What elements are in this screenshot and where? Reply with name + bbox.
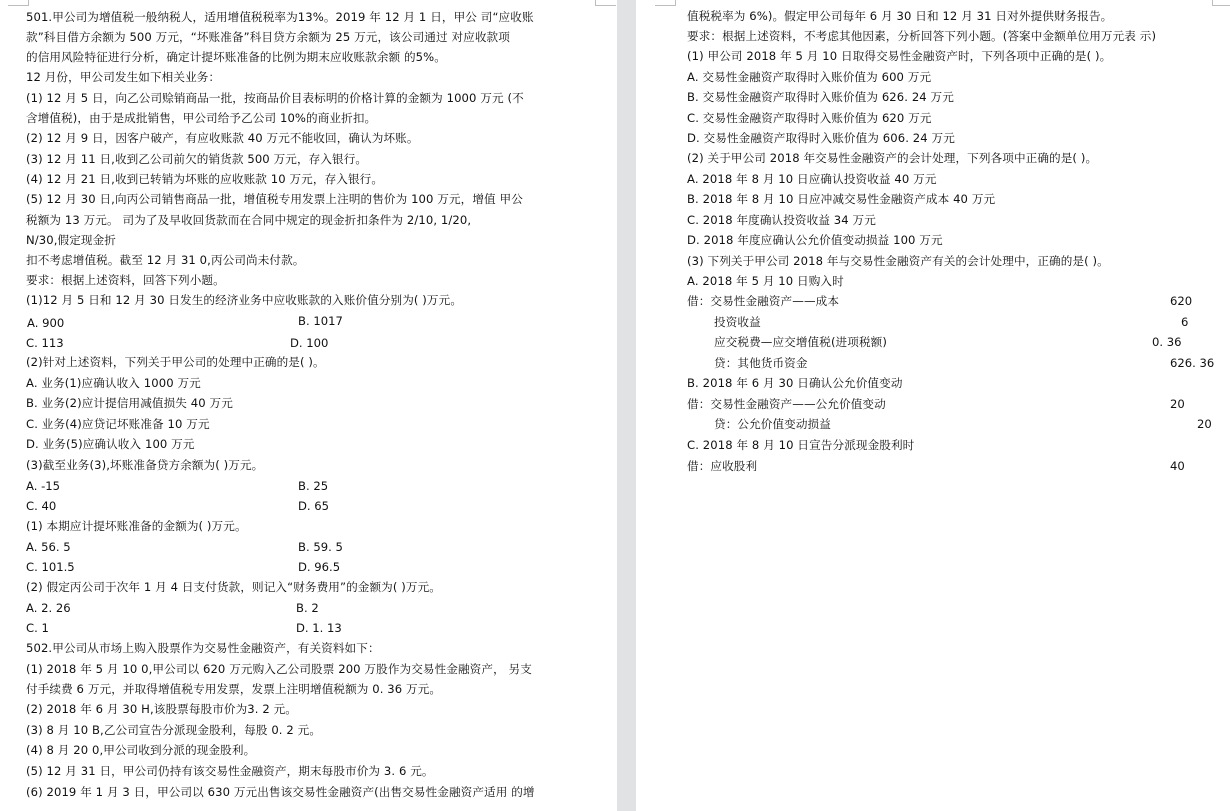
option-b: B. 25 <box>298 476 328 496</box>
option-a: A. 2. 26 <box>26 598 71 618</box>
option-c: C. 业务(4)应贷记坏账准备 10 万元 <box>26 414 210 434</box>
option-a: A. 2018 年 8 月 10 日应确认投资收益 40 万元 <box>687 169 937 189</box>
page-corner-mark <box>8 0 29 6</box>
page-gutter <box>617 0 636 811</box>
text-line: 要求：根据上述资料，回答下列小题。 <box>26 270 225 290</box>
option-b: B. 59. 5 <box>298 537 343 557</box>
journal-entry-amount: 20 <box>1197 414 1212 434</box>
text-line: 要求：根据上述资料，不考虑其他因素，分析回答下列小题。(答案中金额单位用万元表 … <box>687 26 1156 46</box>
text-line: 付手续费 6 万元，并取得增值税专用发票，发票上注明增值税额为 0. 36 万元… <box>26 679 441 699</box>
option-c: C. 101.5 <box>26 557 75 577</box>
question-stem: (1)12 月 5 日和 12 月 30 日发生的经济业务中应收账款的入账价值分… <box>26 290 462 310</box>
journal-entry-amount: 20 <box>1170 394 1185 414</box>
text-line: (6) 2019 年 1 月 3 日，甲公司以 630 万元出售该交易性金融资产… <box>26 782 535 802</box>
option-a: A. 900 <box>27 313 64 333</box>
journal-entry-label: 借：应收股利 <box>687 456 757 476</box>
option-d: D. 65 <box>298 496 329 516</box>
option-c: C. 40 <box>26 496 56 516</box>
journal-entry-label: 借：交易性金融资产——成本 <box>687 291 839 311</box>
text-line: N/30,假定现金折 <box>26 230 116 250</box>
text-line: 款”科目借方余额为 500 万元，“坏账准备”科目贷方余额为 25 万元，该公司… <box>26 27 510 47</box>
option-c: C. 2018 年 8 月 10 日宣告分派现金股利时 <box>687 435 914 455</box>
option-d: D. 业务(5)应确认收入 100 万元 <box>26 434 195 454</box>
page-corner-mark <box>1212 0 1230 6</box>
option-b: B. 2 <box>296 598 319 618</box>
option-c: C. 1 <box>26 618 49 638</box>
page-corner-mark <box>655 0 676 6</box>
question-stem: (2) 关于甲公司 2018 年交易性金融资产的会计处理，下列各项中正确的是( … <box>687 148 1097 168</box>
question-stem: (1) 甲公司 2018 年 5 月 10 日取得交易性金融资产时，下列各项中正… <box>687 46 1111 66</box>
option-b: B. 2018 年 8 月 10 日应冲减交易性金融资产成本 40 万元 <box>687 189 995 209</box>
question-stem: (1) 本期应计提坏账准备的金额为( )万元。 <box>26 516 247 536</box>
option-a: A. -15 <box>26 476 60 496</box>
text-line: 501.甲公司为增值税一般纳税人，适用增值税税率为13%。2019 年 12 月… <box>26 7 534 27</box>
journal-entry-amount: 6 <box>1181 312 1188 332</box>
text-line: (2) 12 月 9 日，因客户破产，有应收账款 40 万元不能收回，确认为坏账… <box>26 128 419 148</box>
question-stem: (2) 假定丙公司于次年 1 月 4 日支付货款，则记入“财务费用”的金额为( … <box>26 577 441 597</box>
question-stem: (3) 下列关于甲公司 2018 年与交易性金融资产有关的会计处理中，正确的是(… <box>687 251 1109 271</box>
journal-entry-amount: 620 <box>1170 291 1192 311</box>
text-line: (1) 12 月 5 日，向乙公司赊销商品一批，按商品价目表标明的价格计算的金额… <box>26 88 524 108</box>
option-b: B. 2018 年 6 月 30 日确认公允价值变动 <box>687 373 903 393</box>
text-line: 的信用风险特征进行分析，确定计提坏账准备的比例为期末应收账款余额 的5%。 <box>26 47 446 67</box>
text-line: (1) 2018 年 5 月 10 0,甲公司以 620 万元购入乙公司股票 2… <box>26 659 532 679</box>
text-line: (4) 12 月 21 日,收到已转销为坏账的应收账款 10 万元，存入银行。 <box>26 169 383 189</box>
journal-entry-amount: 40 <box>1170 456 1185 476</box>
text-line: 502.甲公司从市场上购入股票作为交易性金融资产，有关资料如下： <box>26 638 380 658</box>
page-corner-mark <box>595 0 616 6</box>
option-b: B. 1017 <box>298 311 343 331</box>
journal-entry-amount: 0. 36 <box>1152 332 1182 352</box>
journal-entry-label: 借：交易性金融资产——公允价值变动 <box>687 394 886 414</box>
option-d: D. 2018 年度应确认公允价值变动损益 100 万元 <box>687 230 943 250</box>
option-d: D. 1. 13 <box>296 618 342 638</box>
text-line: 12 月份，甲公司发生如下相关业务： <box>26 67 220 87</box>
journal-entry-amount: 626. 36 <box>1170 353 1214 373</box>
text-line: 扣不考虑增值税。截至 12 月 31 0,丙公司尚未付款。 <box>26 250 305 270</box>
text-line: 值税税率为 6%)。假定甲公司每年 6 月 30 日和 12 月 31 日对外提… <box>687 6 1112 26</box>
journal-entry-label: 贷：其他货币资金 <box>714 353 808 373</box>
text-line: 含增值税)，由于是成批销售，甲公司给予乙公司 10%的商业折扣。 <box>26 108 376 128</box>
journal-entry-label: 贷：公允价值变动损益 <box>714 414 831 434</box>
option-a: A. 2018 年 5 月 10 日购入时 <box>687 271 844 291</box>
question-stem: (3)截至业务(3),坏账准备贷方余额为( )万元。 <box>26 455 263 475</box>
journal-entry-label: 应交税费—应交增值税(进项税额) <box>714 332 887 352</box>
text-line: (4) 8 月 20 0,甲公司收到分派的现金股利。 <box>26 740 255 760</box>
text-line: (5) 12 月 31 日，甲公司仍持有该交易性金融资产，期末每股市价为 3. … <box>26 761 434 781</box>
option-c: C. 2018 年度确认投资收益 34 万元 <box>687 210 876 230</box>
text-line: (5) 12 月 30 日,向丙公司销售商品一批，增值税专用发票上注明的售价为 … <box>26 189 523 209</box>
option-c: C. 交易性金融资产取得时入账价值为 620 万元 <box>687 108 932 128</box>
option-d: D. 交易性金融资产取得时入账价值为 606. 24 万元 <box>687 128 955 148</box>
text-line: 税额为 13 万元。 司为了及早收回货款而在合同中规定的现金折扣条件为 2/10… <box>26 210 471 230</box>
journal-entry-label: 投资收益 <box>714 312 761 332</box>
text-line: (3) 12 月 11 日,收到乙公司前欠的销货款 500 万元，存入银行。 <box>26 149 367 169</box>
option-c: C. 113 <box>26 333 64 353</box>
option-b: B. 业务(2)应计提信用减值损失 40 万元 <box>26 393 233 413</box>
option-d: D. 100 <box>290 333 328 353</box>
document-page-right: 值税税率为 6%)。假定甲公司每年 6 月 30 日和 12 月 31 日对外提… <box>636 0 1230 811</box>
option-b: B. 交易性金融资产取得时入账价值为 626. 24 万元 <box>687 87 954 107</box>
question-stem: (2)针对上述资料，下列关于甲公司的处理中正确的是( )。 <box>26 352 325 372</box>
option-a: A. 交易性金融资产取得时入账价值为 600 万元 <box>687 67 931 87</box>
document-page-left: 501.甲公司为增值税一般纳税人，适用增值税税率为13%。2019 年 12 月… <box>0 0 617 811</box>
option-a: A. 业务(1)应确认收入 1000 万元 <box>26 373 201 393</box>
option-a: A. 56. 5 <box>26 537 71 557</box>
text-line: (2) 2018 年 6 月 30 H,该股票每股市价为3. 2 元。 <box>26 699 297 719</box>
text-line: (3) 8 月 10 B,乙公司宣告分派现金股利，每股 0. 2 元。 <box>26 720 321 740</box>
option-d: D. 96.5 <box>298 557 340 577</box>
